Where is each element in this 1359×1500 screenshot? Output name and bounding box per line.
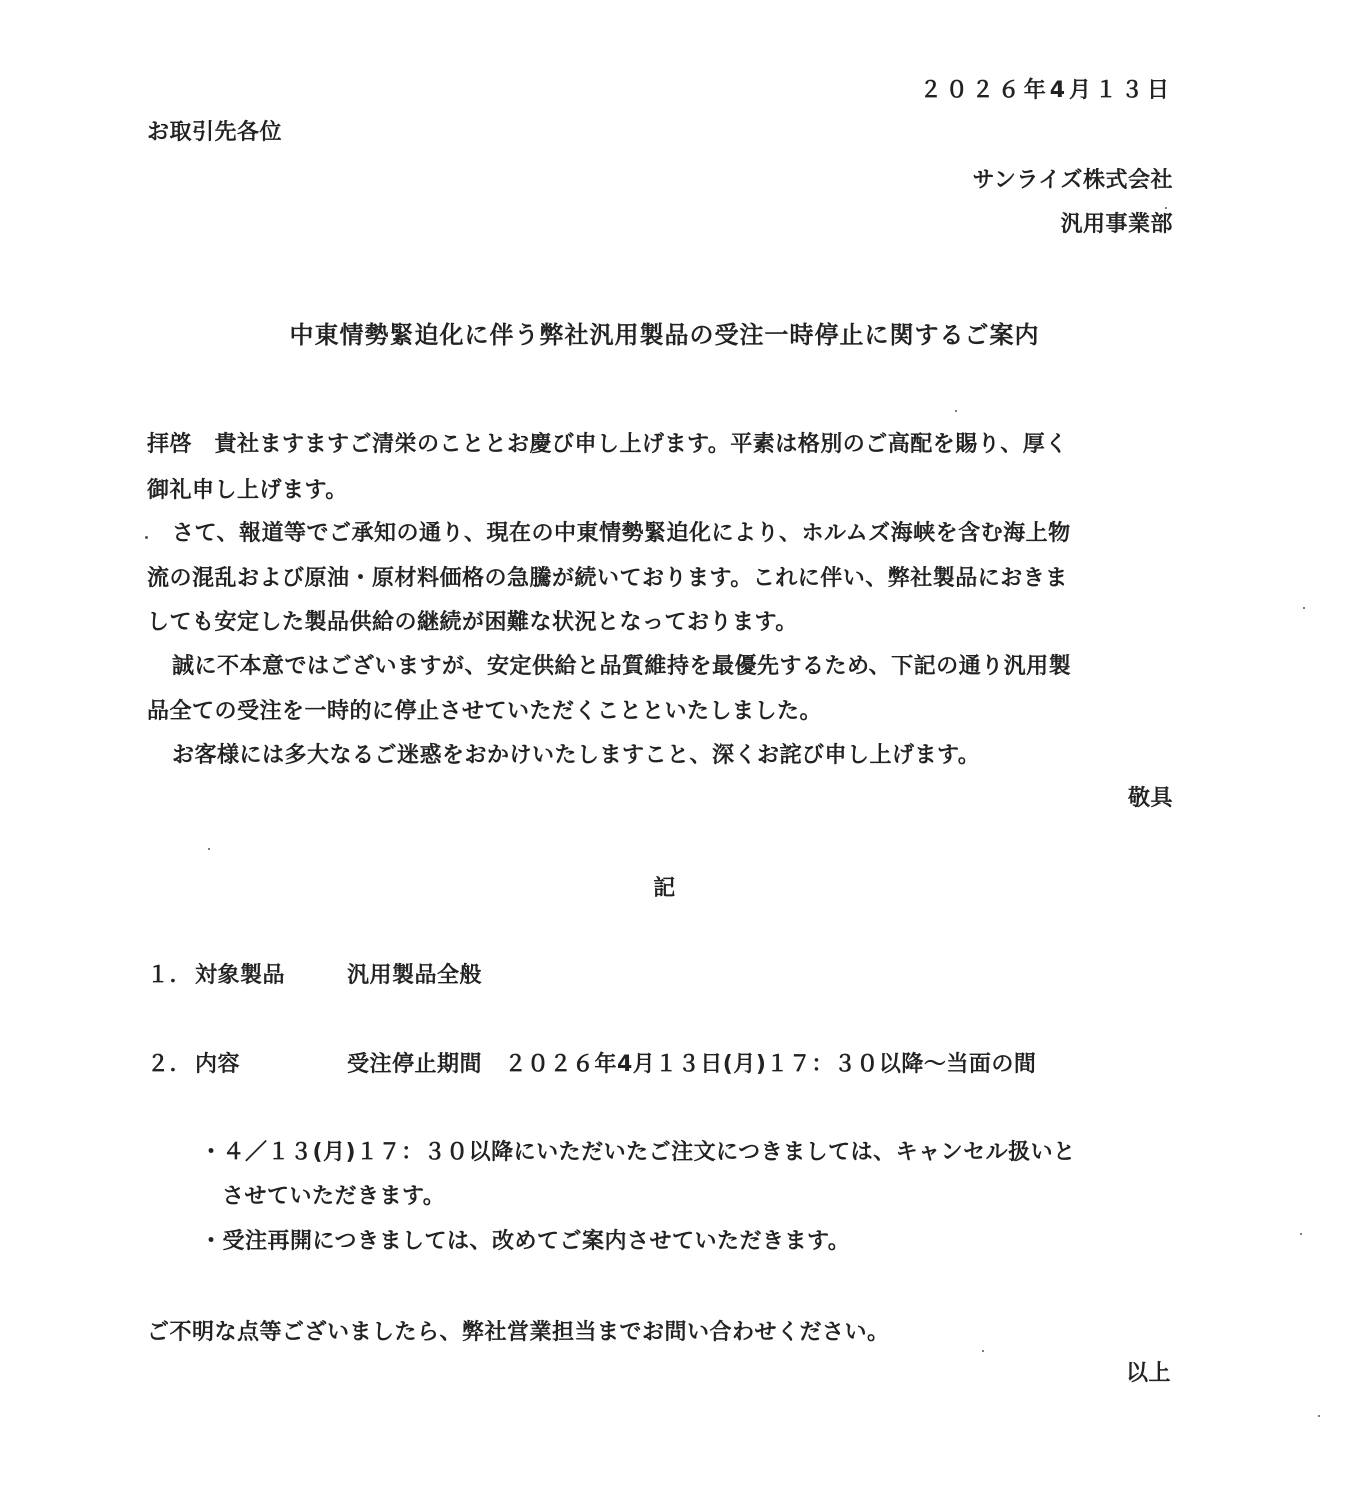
note-item: ・受注再開につきましては、改めてご案内させていただきます。 [200,1229,850,1255]
item-label: 内容 [195,1052,240,1078]
sender-company: サンライズ株式会社 [972,168,1173,194]
scan-speck [208,848,210,850]
item-value: 受注停止期間 ２０２６年4月１３日(月)１７：３０以降～当面の間 [347,1052,1036,1078]
body-line: 品全ての受注を一時的に停止させていただくことといたしました。 [147,699,822,725]
body-line: 流の混乱および原油・原材料価格の急騰が続いております。これに伴い、弊社製品におき… [147,566,1068,592]
document-date: ２０２６年4月１３日 [920,78,1173,104]
closing-ijou: 以上 [1126,1361,1171,1387]
recipient: お取引先各位 [147,120,282,146]
note-item: ・４／１３(月)１７：３０以降にいただいたご注文につきましては、キャンセル扱いと [200,1140,1076,1166]
item-value: 汎用製品全般 [347,963,482,989]
body-line: さて、報道等でご承知の通り、現在の中東情勢緊迫化により、ホルムズ海峡を含む海上物 [172,521,1071,547]
scan-speck [982,1350,984,1352]
document-title: 中東情勢緊迫化に伴う弊社汎用製品の受注一時停止に関するご案内 [0,320,1359,350]
scan-speck [145,536,148,539]
scan-speck [1318,1415,1320,1417]
item-number: ２． [147,1052,192,1078]
body-line: 誠に不本意ではございますが、安定供給と品質維持を最優先するため、下記の通り汎用製 [172,654,1071,680]
scan-speck [1300,1233,1302,1235]
item-number: １． [147,963,192,989]
body-line: 拝啓 貴社ますますご清栄のこととお慶び申し上げます。平素は格別のご高配を賜り、厚… [147,432,1068,458]
document-page: ２０２６年4月１３日 お取引先各位 サンライズ株式会社 汎用事業部 中東情勢緊迫… [0,0,1359,1500]
item-label: 対象製品 [195,963,285,989]
scan-speck [1165,207,1167,209]
body-line: お客様には多大なるご迷惑をおかけいたしますこと、深くお詫び申し上げます。 [172,743,980,769]
scan-speck [1303,607,1305,609]
note-item-continued: させていただきます。 [222,1184,445,1210]
scan-speck [955,410,957,412]
body-line: しても安定した製品供給の継続が困難な状況となっております。 [147,610,798,636]
closing-keigu: 敬具 [1128,786,1173,812]
sender-division: 汎用事業部 [1060,212,1173,238]
contact-text: ご不明な点等ございましたら、弊社営業担当までお問い合わせください。 [147,1320,890,1346]
ki-heading: 記 [0,876,1359,902]
body-line: 御礼申し上げます。 [147,478,348,504]
